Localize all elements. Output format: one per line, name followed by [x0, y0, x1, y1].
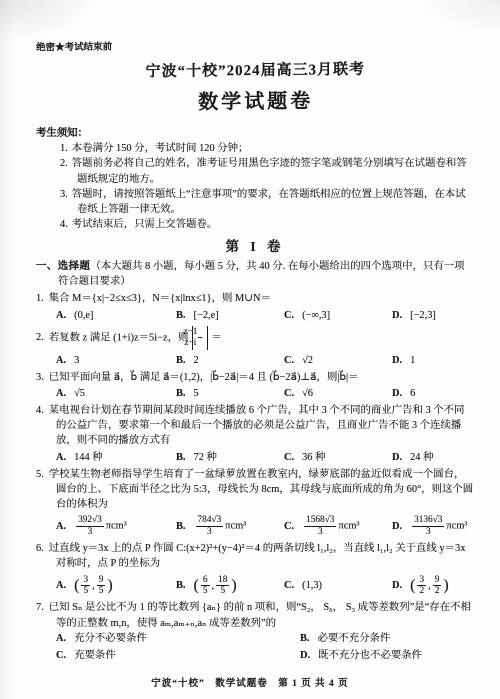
question-number: 7. [36, 602, 44, 613]
option-value: 充要条件 [74, 650, 116, 661]
fraction-numerator: 6 [201, 575, 210, 586]
fraction: 1568√33 [304, 515, 336, 537]
open-paren: ( [410, 577, 415, 594]
fraction-denominator: z−i [198, 338, 202, 348]
option-a: A.144 种 [56, 450, 176, 465]
question-number: 6. [36, 543, 44, 554]
close-paren: ) [443, 577, 448, 594]
exam-paper-page: 绝密★考试结束前 宁波“十校”2024届高三3月联考 数学试题卷 考生须知： 1… [0, 0, 500, 699]
question-2-stem: 2.若复数 z 满足 (1+i)z＝5i−z，则z−1z−i＝ [36, 326, 474, 352]
option-label: D. [392, 355, 402, 366]
option-unit: πcm³ [338, 521, 359, 532]
option-c: C.√6 [284, 386, 392, 401]
option-value: 24 种 [410, 452, 433, 463]
option-b: B.[−2,e] [176, 308, 284, 323]
option-a: A.(35,95) [56, 575, 176, 597]
option-value: (1,3) [302, 580, 322, 591]
stem-text: 过直线 y＝3x 上的点 P 作圆 C:(x+2)²+(y−4)²＝4 的两条切… [49, 543, 466, 569]
question-5: 5.学校某生物老师指导学生培育了一盆绿萝放置在教室内，绿萝底部的盆近似看成一个圆… [36, 467, 474, 539]
option-a: A.充分不必要条件 [56, 631, 300, 646]
option-value: 36 种 [302, 452, 325, 463]
option-c: C.(1,3) [284, 580, 392, 591]
option-value: 1 [410, 355, 415, 366]
fraction-numerator: 18 [216, 575, 229, 586]
notice-number: 4. [60, 219, 68, 230]
option-label: D. [392, 452, 402, 463]
fraction-numerator: 784√3 [196, 515, 224, 526]
option-unit: πcm³ [106, 521, 127, 532]
question-number: 2. [36, 332, 44, 343]
question-number: 3. [36, 372, 44, 383]
option-label: A. [56, 310, 66, 321]
option-d: D.3136√33πcm³ [392, 515, 474, 537]
question-3-stem: 3.已知平面向量 a⃗，b⃗ 满足 a⃗＝(1,2)，|b⃗−2a⃗|＝4 且 … [36, 370, 474, 385]
option-label: B. [176, 388, 186, 399]
option-a: A.(0,e] [56, 308, 176, 323]
stem-text: 已知 Sₙ 是公比不为 1 的等比数列 {aₙ} 的前 n 项和，则“S₂， S… [49, 602, 471, 628]
option-unit: πcm³ [446, 521, 467, 532]
option-value: 5 [194, 388, 199, 399]
fraction-numerator: 9 [97, 575, 106, 586]
option-d: D.24 种 [392, 450, 474, 465]
paper-subtitle: 数学试题卷 [37, 85, 475, 119]
option-c: C.(−∞,3] [284, 308, 392, 323]
fraction-denominator: 5 [97, 586, 106, 596]
option-label: C. [284, 521, 294, 532]
option-value: √6 [302, 388, 313, 399]
close-paren: ) [231, 577, 236, 594]
option-d: D.[−2,3] [392, 308, 474, 323]
option-value: 6 [410, 388, 415, 399]
notice-text: 答题前务必将自己的姓名，准考证号用黑色字迹的签字笔或钢笔分别填写在试题卷和答题纸… [72, 158, 467, 184]
stem-text: 集合 M＝{x|−2≤x≤3}，N＝{x|lnx≤1}，则 M∪N＝ [49, 293, 271, 304]
fraction: 185 [216, 575, 229, 597]
option-b: B.2 [176, 353, 284, 368]
option-value: 3 [74, 355, 79, 366]
notice-number: 3. [60, 189, 68, 200]
option-label: A. [56, 633, 66, 644]
option-label: B. [176, 452, 186, 463]
question-4-options: A.144 种 B.72 种 C.36 种 D.24 种 [36, 450, 474, 465]
option-b: B.必要不充分条件 [300, 631, 474, 646]
notice-item-1: 1.本卷满分 150 分，考试时间 120 分钟； [60, 141, 474, 156]
question-1: 1.集合 M＝{x|−2≤x≤3}，N＝{x|lnx≤1}，则 M∪N＝ A.(… [36, 291, 474, 322]
fraction: 95 [97, 575, 106, 597]
option-value: √5 [74, 388, 85, 399]
option-a: A.392√33πcm³ [56, 515, 176, 537]
absolute-value-bars: z−1z−i [192, 326, 208, 350]
question-3-options: A.√5 B.5 C.√6 D.6 [36, 386, 474, 401]
question-7: 7.已知 Sₙ 是公比不为 1 的等比数列 {aₙ} 的前 n 项和，则“S₂，… [36, 600, 474, 663]
option-c: C.1568√33πcm³ [284, 515, 392, 537]
option-label: A. [56, 580, 66, 591]
question-1-stem: 1.集合 M＝{x|−2≤x≤3}，N＝{x|lnx≤1}，则 M∪N＝ [36, 291, 474, 306]
option-label: D. [300, 650, 310, 661]
option-a: A.√5 [56, 386, 176, 401]
fraction-denominator: 2 [433, 586, 442, 596]
notice-item-3: 3.答题时，请按照答题纸上“注意事项”的要求，在答题纸相应的位置上规范答题，在本… [60, 187, 474, 217]
option-label: A. [56, 388, 66, 399]
question-6: 6.过直线 y＝3x 上的点 P 作圆 C:(x+2)²+(y−4)²＝4 的两… [36, 541, 474, 598]
fraction-denominator: 3 [412, 527, 444, 537]
stem-text: 学校某生物老师指导学生培育了一盆绿萝放置在教室内，绿萝底部的盆近似看成一个圆台，… [49, 469, 473, 510]
close-paren: ) [107, 577, 112, 594]
question-6-options: A.(35,95) B.(65,185) C.(1,3) D.(32,92) [36, 575, 474, 599]
fraction-numerator: z−1 [198, 327, 202, 338]
option-value: 144 种 [74, 452, 103, 463]
fraction: 392√33 [76, 515, 104, 537]
fraction-denominator: 3 [304, 527, 336, 537]
notice-number: 1. [60, 143, 68, 154]
option-label: B. [300, 633, 310, 644]
fraction-denominator: 5 [81, 586, 90, 596]
notice-list: 1.本卷满分 150 分，考试时间 120 分钟； 2.答题前务必将自己的姓名，… [60, 141, 474, 232]
question-7-options-row-1: A.充分不必要条件 B.必要不充分条件 [36, 631, 474, 646]
option-value: 2 [194, 355, 199, 366]
fraction-numerator: 3 [417, 575, 426, 586]
question-2: 2.若复数 z 满足 (1+i)z＝5i−z，则z−1z−i＝ A.3 B.2 … [36, 326, 474, 368]
option-d: D.既不充分也不必要条件 [300, 648, 474, 663]
question-4-stem: 4.某电视台计划在春节期间某段时间连续播放 6 个广告，其中 3 个不同的商业广… [36, 403, 474, 449]
option-label: A. [56, 452, 66, 463]
option-value: 必要不充分条件 [318, 633, 391, 644]
question-7-stem: 7.已知 Sₙ 是公比不为 1 的等比数列 {aₙ} 的前 n 项和，则“S₂，… [36, 600, 474, 630]
notice-item-4: 4.考试结束后，只需上交答题卷。 [60, 217, 474, 232]
question-5-stem: 5.学校某生物老师指导学生培育了一盆绿萝放置在教室内，绿萝底部的盆近似看成一个圆… [36, 467, 474, 513]
fraction-numerator: 3 [81, 575, 90, 586]
question-2-options: A.3 B.2 C.√2 D.1 [36, 353, 474, 368]
part-label: 一、选择题 [36, 261, 90, 272]
separator: , [212, 580, 215, 591]
fraction: 92 [433, 575, 442, 597]
question-number: 5. [36, 469, 44, 480]
fraction: 32 [417, 575, 426, 597]
option-label: C. [284, 452, 294, 463]
option-d: D.6 [392, 386, 474, 401]
option-b: B.5 [176, 386, 284, 401]
fraction: 65 [201, 575, 210, 597]
option-value: [−2,e] [194, 310, 219, 321]
option-value: √2 [302, 355, 313, 366]
option-label: B. [176, 580, 186, 591]
fraction: z−1z−i [198, 327, 202, 349]
option-value: 72 种 [194, 452, 217, 463]
option-label: C. [284, 355, 294, 366]
option-label: C. [56, 650, 66, 661]
option-value: (0,e] [74, 310, 93, 321]
question-7-options-row-2: C.充要条件 D.既不充分也不必要条件 [36, 648, 474, 663]
notice-text: 本卷满分 150 分，考试时间 120 分钟； [72, 143, 249, 154]
option-b: B.72 种 [176, 450, 284, 465]
option-value: 既不充分也不必要条件 [318, 650, 422, 661]
option-label: D. [392, 388, 402, 399]
separator: , [92, 580, 95, 591]
question-4: 4.某电视台计划在春节期间某段时间连续播放 6 个广告，其中 3 个不同的商业广… [36, 403, 474, 465]
option-label: D. [392, 310, 402, 321]
option-label: B. [176, 521, 186, 532]
option-label: B. [176, 355, 186, 366]
notice-item-2: 2.答题前务必将自己的姓名，准考证号用黑色字迹的签字笔或钢笔分别填写在试题卷和答… [60, 156, 474, 186]
option-label: C. [284, 310, 294, 321]
option-c: C.36 种 [284, 450, 392, 465]
part-description: （本大题共 8 小题，每小题 5 分，共 40 分. 在每小题给出的四个选项中，… [58, 261, 465, 287]
fraction-numerator: 3136√3 [412, 515, 444, 526]
option-label: D. [392, 580, 402, 591]
option-d: D.(32,92) [392, 575, 474, 597]
paper-header: 绝密★考试结束前 宁波“十校”2024届高三3月联考 数学试题卷 [36, 38, 475, 120]
fraction: 784√33 [196, 515, 224, 537]
notice-title: 考生须知： [36, 126, 474, 141]
fraction-denominator: 5 [201, 586, 210, 596]
page-title: 宁波“十校”2024届高三3月联考 [36, 59, 474, 85]
question-number: 1. [36, 293, 44, 304]
question-5-options: A.392√33πcm³ B.784√33πcm³ C.1568√33πcm³ … [36, 515, 474, 539]
option-value: 充分不必要条件 [74, 633, 147, 644]
fraction-numerator: 392√3 [76, 515, 104, 526]
option-label: B. [176, 310, 186, 321]
option-value: [−2,3] [410, 310, 436, 321]
option-value: (−∞,3] [302, 310, 330, 321]
question-6-stem: 6.过直线 y＝3x 上的点 P 作圆 C:(x+2)²+(y−4)²＝4 的两… [36, 541, 474, 571]
option-label: C. [284, 580, 294, 591]
notice-text: 答题时，请按照答题纸上“注意事项”的要求，在答题纸相应的位置上规范答题，在本试卷… [72, 189, 466, 215]
option-label: A. [56, 355, 66, 366]
notice-number: 2. [60, 158, 68, 169]
open-paren: ( [74, 577, 79, 594]
option-label: D. [392, 521, 402, 532]
option-a: A.3 [56, 353, 176, 368]
stem-text: ＝ [211, 332, 221, 343]
fraction-denominator: 2 [417, 586, 426, 596]
part-1-header: 一、选择题（本大题共 8 小题，每小题 5 分，共 40 分. 在每小题给出的四… [36, 259, 474, 289]
question-1-options: A.(0,e] B.[−2,e] C.(−∞,3] D.[−2,3] [36, 308, 474, 323]
option-b: B.(65,185) [176, 575, 284, 597]
fraction-denominator: 3 [196, 527, 224, 537]
option-c: C.√2 [284, 353, 392, 368]
section-title: 第 I 卷 [36, 237, 474, 257]
open-paren: ( [194, 577, 199, 594]
question-number: 4. [36, 405, 44, 416]
notice-text: 考试结束后，只需上交答题卷。 [72, 219, 217, 230]
fraction-numerator: 9 [433, 575, 442, 586]
stem-text: 某电视台计划在春节期间某段时间连续播放 6 个广告，其中 3 个不同的商业广告和… [49, 405, 465, 446]
page-footer: 宁波“十校” 数学试题卷 第 1 页 共 4 页 [0, 678, 500, 692]
classification-label: 绝密★考试结束前 [36, 38, 474, 56]
option-label: C. [284, 388, 294, 399]
stem-text: 若复数 z 满足 (1+i)z＝5i−z，则 [49, 332, 189, 343]
fraction: 35 [81, 575, 90, 597]
option-label: A. [56, 521, 66, 532]
stem-text: 已知平面向量 a⃗，b⃗ 满足 a⃗＝(1,2)，|b⃗−2a⃗|＝4 且 (b… [49, 372, 359, 383]
option-c: C.充要条件 [56, 648, 300, 663]
separator: , [428, 580, 431, 591]
fraction-denominator: 5 [216, 586, 229, 596]
fraction-numerator: 1568√3 [304, 515, 336, 526]
fraction-denominator: 3 [76, 527, 104, 537]
fraction: 3136√33 [412, 515, 444, 537]
option-b: B.784√33πcm³ [176, 515, 284, 537]
option-unit: πcm³ [225, 521, 246, 532]
question-3: 3.已知平面向量 a⃗，b⃗ 满足 a⃗＝(1,2)，|b⃗−2a⃗|＝4 且 … [36, 370, 474, 401]
option-d: D.1 [392, 353, 474, 368]
